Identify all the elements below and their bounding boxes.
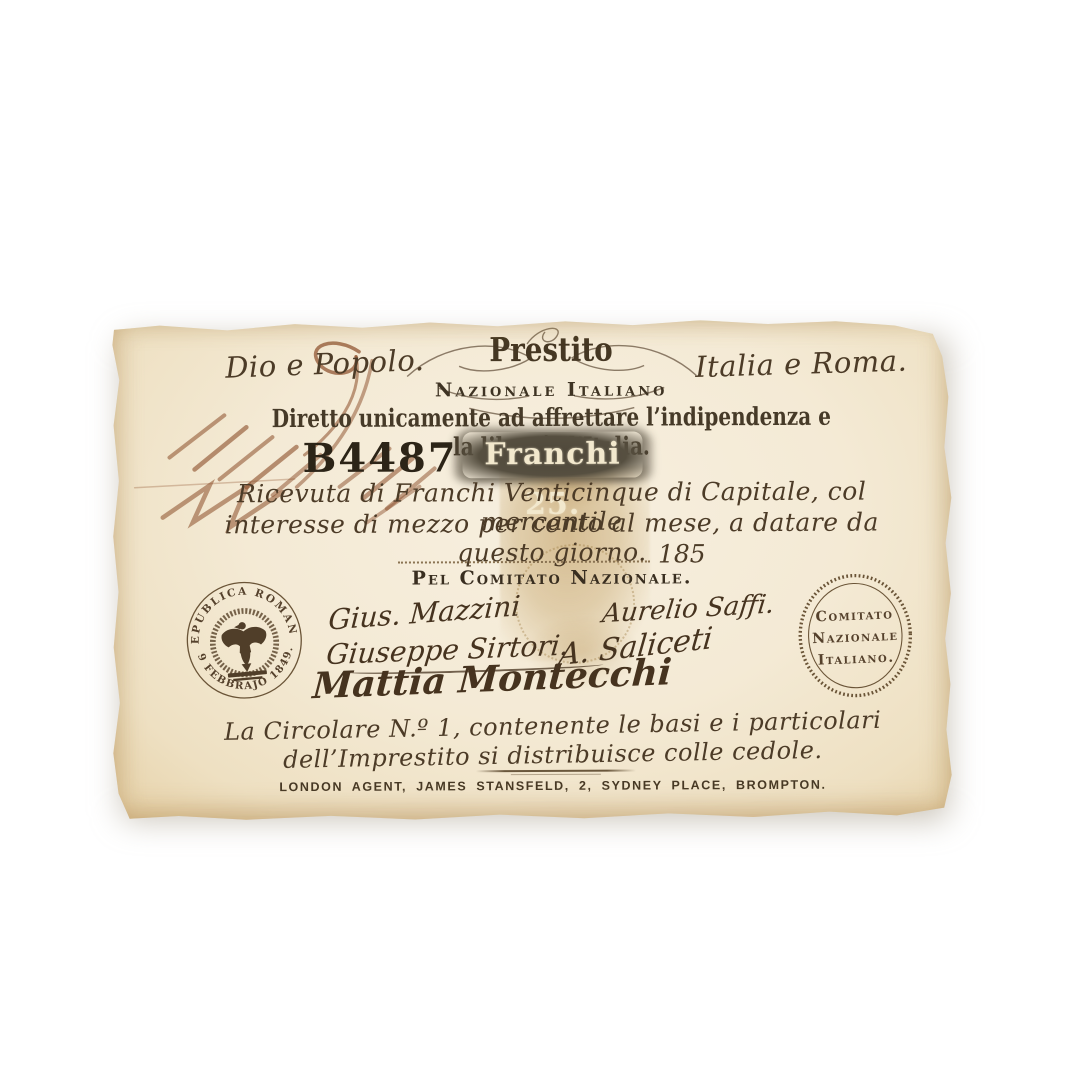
seal-comitato-nazionale: Comitato Nazionale Italiano. [794,570,917,701]
serial-number: B4487 [302,434,457,482]
eagle-icon [220,620,270,682]
certificate-paper: Dio e Popolo. Prestito Italia e Roma. Na… [109,316,956,824]
title-prestito: Prestito [467,330,635,370]
seal-right-line2: Nazionale [812,628,899,647]
london-agent-line: LONDON AGENT, JAMES STANSFELD, 2, SYDNEY… [191,777,915,794]
title-nazionale-italiano: Nazionale Italiano [351,378,751,402]
date-row: 185 [398,539,706,569]
seal-repubblica-romana: REPUBLICA ROMANA 9 FEBBRAJO 1849. [176,574,313,707]
seal-right-line3: Italiano. [817,650,894,669]
seal-right-line1: Comitato [815,606,893,625]
signature-gius-mazzini: Gius. Mazzini [327,589,521,637]
denomination-stamp: Franchi 25. [462,432,642,479]
photo-background: Dio e Popolo. Prestito Italia e Roma. Na… [0,0,1080,1080]
footer-divider-echo [511,774,601,775]
date-year-prefix: 185 [658,539,706,568]
footer-divider [476,770,636,773]
date-fill-line [398,544,650,563]
